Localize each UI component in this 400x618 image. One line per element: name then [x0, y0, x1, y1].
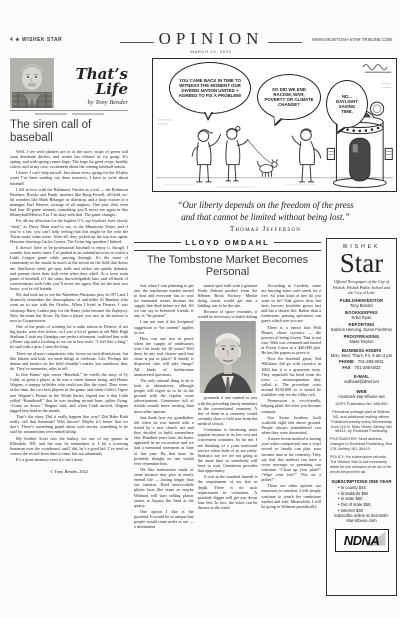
tony-bender-portrait-art — [10, 58, 54, 108]
paragraph: According to Lovdein, some are burying a… — [261, 283, 321, 324]
lloyd-omdahl-photo — [198, 321, 258, 393]
usps-line: USPS Publication No. 688-860 — [330, 402, 393, 407]
phone-row: PHONE 701-286-0021 — [330, 359, 393, 364]
section-date: MARCH 23, 2022 — [159, 49, 264, 54]
lower-region: LLOYD OMDAHL The Tombstone Market Become… — [134, 238, 397, 612]
paragraph: It’s a great memory even if it isn’t min… — [10, 457, 128, 462]
quote-line-2: and that cannot be limited without being… — [134, 212, 397, 224]
article-column-1: Just when I was planning to get one, the… — [134, 283, 194, 613]
tombstone-article-columns: Just when I was planning to get one, the… — [134, 283, 321, 613]
staff-names: Marie Deylon — [330, 339, 393, 344]
fax-number: 701-286-0032 — [355, 365, 381, 370]
paragraph: The only rational thing to do is look at… — [134, 378, 194, 414]
paragraph: Just think how my grandfather felt when … — [134, 415, 194, 466]
page-edition-label: 4 ★ WISHEK STAR — [10, 30, 120, 43]
thats-life-column: That’s Life by Tony Bender The siren cal… — [10, 58, 128, 613]
copyright-line: © Tony Bender, 2022 — [10, 469, 128, 474]
paragraph: pyramids if one wanted to stay with the … — [198, 395, 258, 426]
siren-call-article-body: Well, I see seed planters are in at the … — [10, 149, 128, 463]
speech-bubble-answer: NO... DAYLIGHT SAVING TIME. — [326, 80, 368, 128]
postmaster-notice: POSTMASTER: Send address changes to Redh… — [330, 437, 393, 452]
siren-call-headline: The siren call of baseball — [10, 119, 128, 145]
paragraph: Now the baseball great, Ted Williams, di… — [261, 356, 321, 397]
column-title: That’s Life — [58, 67, 128, 97]
byline-rule-left — [134, 242, 181, 243]
speech-bubble-text: SO DID WE END RACISM, WAR, POVERTY OR CL… — [264, 87, 314, 108]
staff-names: Sabrina Henning, Diane Fiechtner — [330, 327, 393, 332]
column-2-top: tourist spot built with a genuine North … — [198, 283, 258, 320]
tombstone-article: LLOYD OMDAHL The Tombstone Market Become… — [134, 238, 321, 612]
fax-label: FAX — [342, 365, 350, 370]
lloyd-omdahl-portrait-art — [198, 321, 258, 393]
staff-names: Erika Ryan — [330, 315, 393, 320]
paragraph: I know. I can’t help myself. Just about … — [10, 170, 128, 185]
paragraph: We like tombstones made of stone because… — [134, 467, 194, 508]
tombstone-headline: The Tombstone Market Becomes Personal — [134, 254, 321, 278]
paragraph: Cremation is becoming more popular becau… — [198, 427, 258, 473]
paragraph: There is a rumor that Walt Disney chose … — [261, 325, 321, 356]
article-column-3: According to Lovdein, some are burying a… — [261, 283, 321, 613]
quote-attribution: Thomas Jefferson — [134, 225, 397, 233]
fax-row: FAX 701-286-0032 — [330, 365, 393, 370]
paragraph: A more recent method is having your ashe… — [261, 436, 321, 482]
cartoon-figure-man — [192, 130, 220, 182]
tony-bender-photo — [10, 58, 54, 108]
phone-number: 701-286-0021 — [358, 359, 384, 364]
policy-notice: POLICY: No subscription refunds. The Wis… — [330, 455, 393, 475]
newspaper-opinion-page: 4 ★ WISHEK STAR OPINION MARCH 23, 2022 W… — [0, 0, 400, 618]
staff-names: Tony Bender — [330, 303, 393, 308]
subscribe-online-line: Subscribe online at mcintosh-star-tribun… — [330, 513, 393, 524]
web-address: mcintosh-star-tribune.net — [330, 394, 393, 399]
paragraph: One option I like is the pyramid. It wou… — [134, 509, 194, 530]
header-rule-left — [120, 42, 154, 43]
paragraph: tourist spot built with a genuine North … — [198, 283, 258, 309]
cartoon-dog — [248, 140, 277, 177]
speech-bubble-text: NO... DAYLIGHT SAVING TIME. — [333, 94, 361, 115]
speech-bubble-traveler: SO DID WE END RACISM, WAR, POVERTY OR CL… — [257, 74, 321, 120]
periodical-notice: Periodical postage paid at Wishek, ND, a… — [330, 410, 393, 435]
page-content: That’s Life by Tony Bender The siren cal… — [0, 54, 400, 613]
paragraph: It doesn’t have to be professional baseb… — [10, 245, 128, 291]
byline-rule-right — [274, 242, 321, 243]
paragraph: There are always compatriots who frown o… — [10, 351, 128, 372]
subscription-rates: • In county $45• Snowbirds $50• In state… — [338, 485, 393, 513]
masthead-official-line: Official Newspaper of the City of Wishek… — [330, 279, 393, 295]
headline-rule — [134, 250, 321, 251]
speech-bubble-text: YOU CAME BACK IN TIME TO WITNESS THE MOM… — [176, 78, 244, 99]
paragraph: My brother Scott was the batboy for one … — [10, 436, 128, 457]
paragraph: Because of space restraints, it would be… — [198, 309, 258, 319]
column-title-block: That’s Life by Tony Bender — [58, 58, 128, 108]
masthead-box: WISHEK Star Official Newspaper of the Ci… — [326, 238, 397, 596]
section-title: OPINION — [159, 30, 264, 47]
main-region: YOU CAME BACK IN TIME TO WITNESS THE MOM… — [134, 58, 397, 613]
paragraph: I fell in love with the Baltimore Oriole… — [10, 187, 128, 218]
cartoon-figure-woman — [226, 127, 248, 181]
business-hours: Mon, Wed, Thurs, Fri. 8 am-3 pm — [330, 353, 393, 358]
speech-bubble-couple: YOU CAME BACK IN TIME TO WITNESS THE MOM… — [169, 62, 251, 114]
email-address: redhead@drtel.net — [330, 379, 393, 384]
paragraph: Our Sioux brothers built scaffolds eight… — [261, 415, 321, 436]
paragraph: There are other options too numerous to … — [261, 483, 321, 509]
editorial-cartoon: YOU CAME BACK IN TIME TO WITNESS THE MOM… — [152, 58, 397, 192]
author-byline: LLOYD OMDAHL — [185, 238, 269, 247]
phone-label: PHONE — [339, 359, 354, 364]
paragraph: One of the perks of working for a radio … — [10, 324, 128, 350]
paragraph: Promession is eco-friendly, helping plan… — [261, 398, 321, 413]
subscriptions-title: SUBSCRIPTIONS ONE YEAR — [330, 479, 393, 484]
thats-life-header: That’s Life by Tony Bender — [10, 58, 128, 108]
paragraph: For all my affection for the hapless O’s… — [10, 218, 128, 244]
cartoon-figure-time-traveler — [292, 129, 321, 182]
header-rule-right — [268, 42, 302, 43]
article-column-2: tourist spot built with a genuine North … — [198, 283, 258, 613]
quote-line-1: “Our liberty depends on the freedom of t… — [134, 200, 397, 212]
column-2-bottom: pyramids if one wanted to stay with the … — [198, 395, 258, 510]
paragraph: In Ken Burns’ epic series “Baseball,” he… — [10, 372, 128, 413]
paragraph: That’s the story. Did it really happen t… — [10, 414, 128, 435]
section-title-block: OPINION MARCH 23, 2022 — [159, 30, 264, 54]
paragraph: A cost in the standard funeral is the re… — [198, 474, 258, 510]
masthead-paper-name: Star — [330, 250, 393, 277]
ndna-logo-text: NDNA — [344, 533, 380, 548]
column-contact-line — [10, 110, 128, 116]
author-byline-row: LLOYD OMDAHL — [134, 238, 321, 247]
paragraph: My dad took me to see the Aberdeen Pheas… — [10, 292, 128, 323]
ndna-logo: NDNA — [335, 529, 389, 552]
paragraph: Well, I see seed planters are in at the … — [10, 149, 128, 170]
section-masthead: OPINION MARCH 23, 2022 — [120, 30, 302, 54]
column-byline: by Tony Bender — [58, 99, 128, 106]
website-url: WWW.MCINTOSH-STAR-TRIBUNE.COM — [302, 30, 392, 42]
contact-text-redacted — [72, 113, 104, 115]
cartoonist-signature — [363, 65, 391, 73]
page-header: 4 ★ WISHEK STAR OPINION MARCH 23, 2022 W… — [0, 0, 400, 54]
paragraph: How can one rest in peace when the suppl… — [134, 336, 194, 377]
paragraph: I am not sure if the Scriptural suggesti… — [134, 319, 194, 334]
jefferson-quote: “Our liberty depends on the freedom of t… — [134, 200, 397, 233]
contact-text-redacted — [35, 113, 67, 115]
paragraph: Just when I was planning to get one, the… — [134, 283, 194, 319]
